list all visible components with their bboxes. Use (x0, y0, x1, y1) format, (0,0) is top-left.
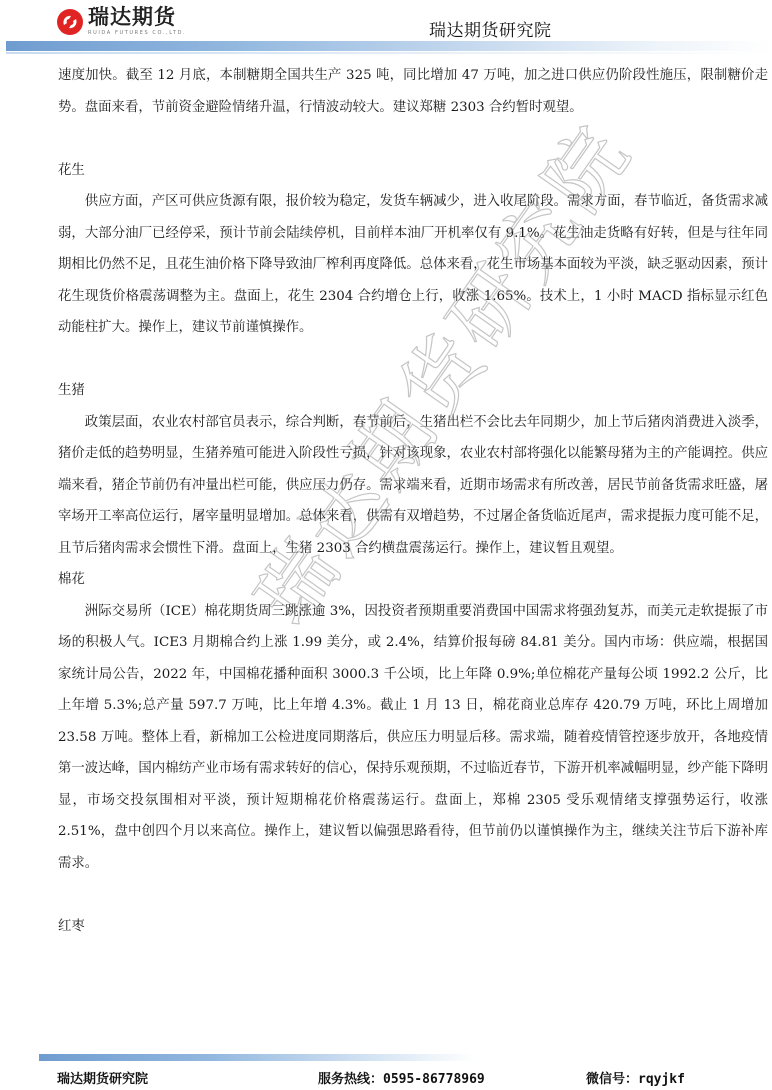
header-divider-line (6, 52, 772, 54)
header-title: 瑞达期货研究院 (429, 20, 552, 42)
page-header: 瑞达期货 RUIDA FUTURES CO.,LTD. 瑞达期货研究院 (0, 0, 772, 56)
intro-paragraph: 速度加快。截至 12 月底，本制糖期全国共生产 325 吨，同比增加 47 万吨… (58, 60, 768, 123)
page-footer: 瑞达期货研究院 服务热线：0595-86778969 微信号：rqyjkf (0, 1066, 772, 1086)
footer-hotline: 服务热线：0595-86778969 (318, 1068, 485, 1087)
section-title-peanut: 花生 (58, 155, 768, 187)
footer-divider-bar (39, 1054, 475, 1061)
ruida-logo-icon (56, 8, 84, 36)
section-body-cotton: 洲际交易所（ICE）棉花期货周三跳涨逾 3%，因投资者预期重要消费国中国需求将强… (58, 596, 768, 880)
logo-text-en: RUIDA FUTURES CO.,LTD. (88, 30, 186, 37)
footer-wechat: 微信号：rqyjkf (586, 1068, 685, 1087)
section-body-hog: 政策层面，农业农村部官员表示，综合判断，春节前后，生猪出栏不会比去年同期少，加上… (58, 407, 768, 565)
footer-org: 瑞达期货研究院 (57, 1068, 148, 1087)
header-divider-bar (6, 41, 772, 51)
section-title-cotton: 棉花 (58, 564, 768, 596)
report-body: 速度加快。截至 12 月底，本制糖期全国共生产 325 吨，同比增加 47 万吨… (58, 60, 768, 942)
logo-text-cn: 瑞达期货 (88, 6, 186, 29)
company-logo: 瑞达期货 RUIDA FUTURES CO.,LTD. (56, 6, 186, 38)
section-title-red-date: 红枣 (58, 911, 768, 943)
section-body-peanut: 供应方面，产区可供应货源有限，报价较为稳定，发货车辆减少，进入收尾阶段。需求方面… (58, 186, 768, 344)
section-title-hog: 生猪 (58, 375, 768, 407)
